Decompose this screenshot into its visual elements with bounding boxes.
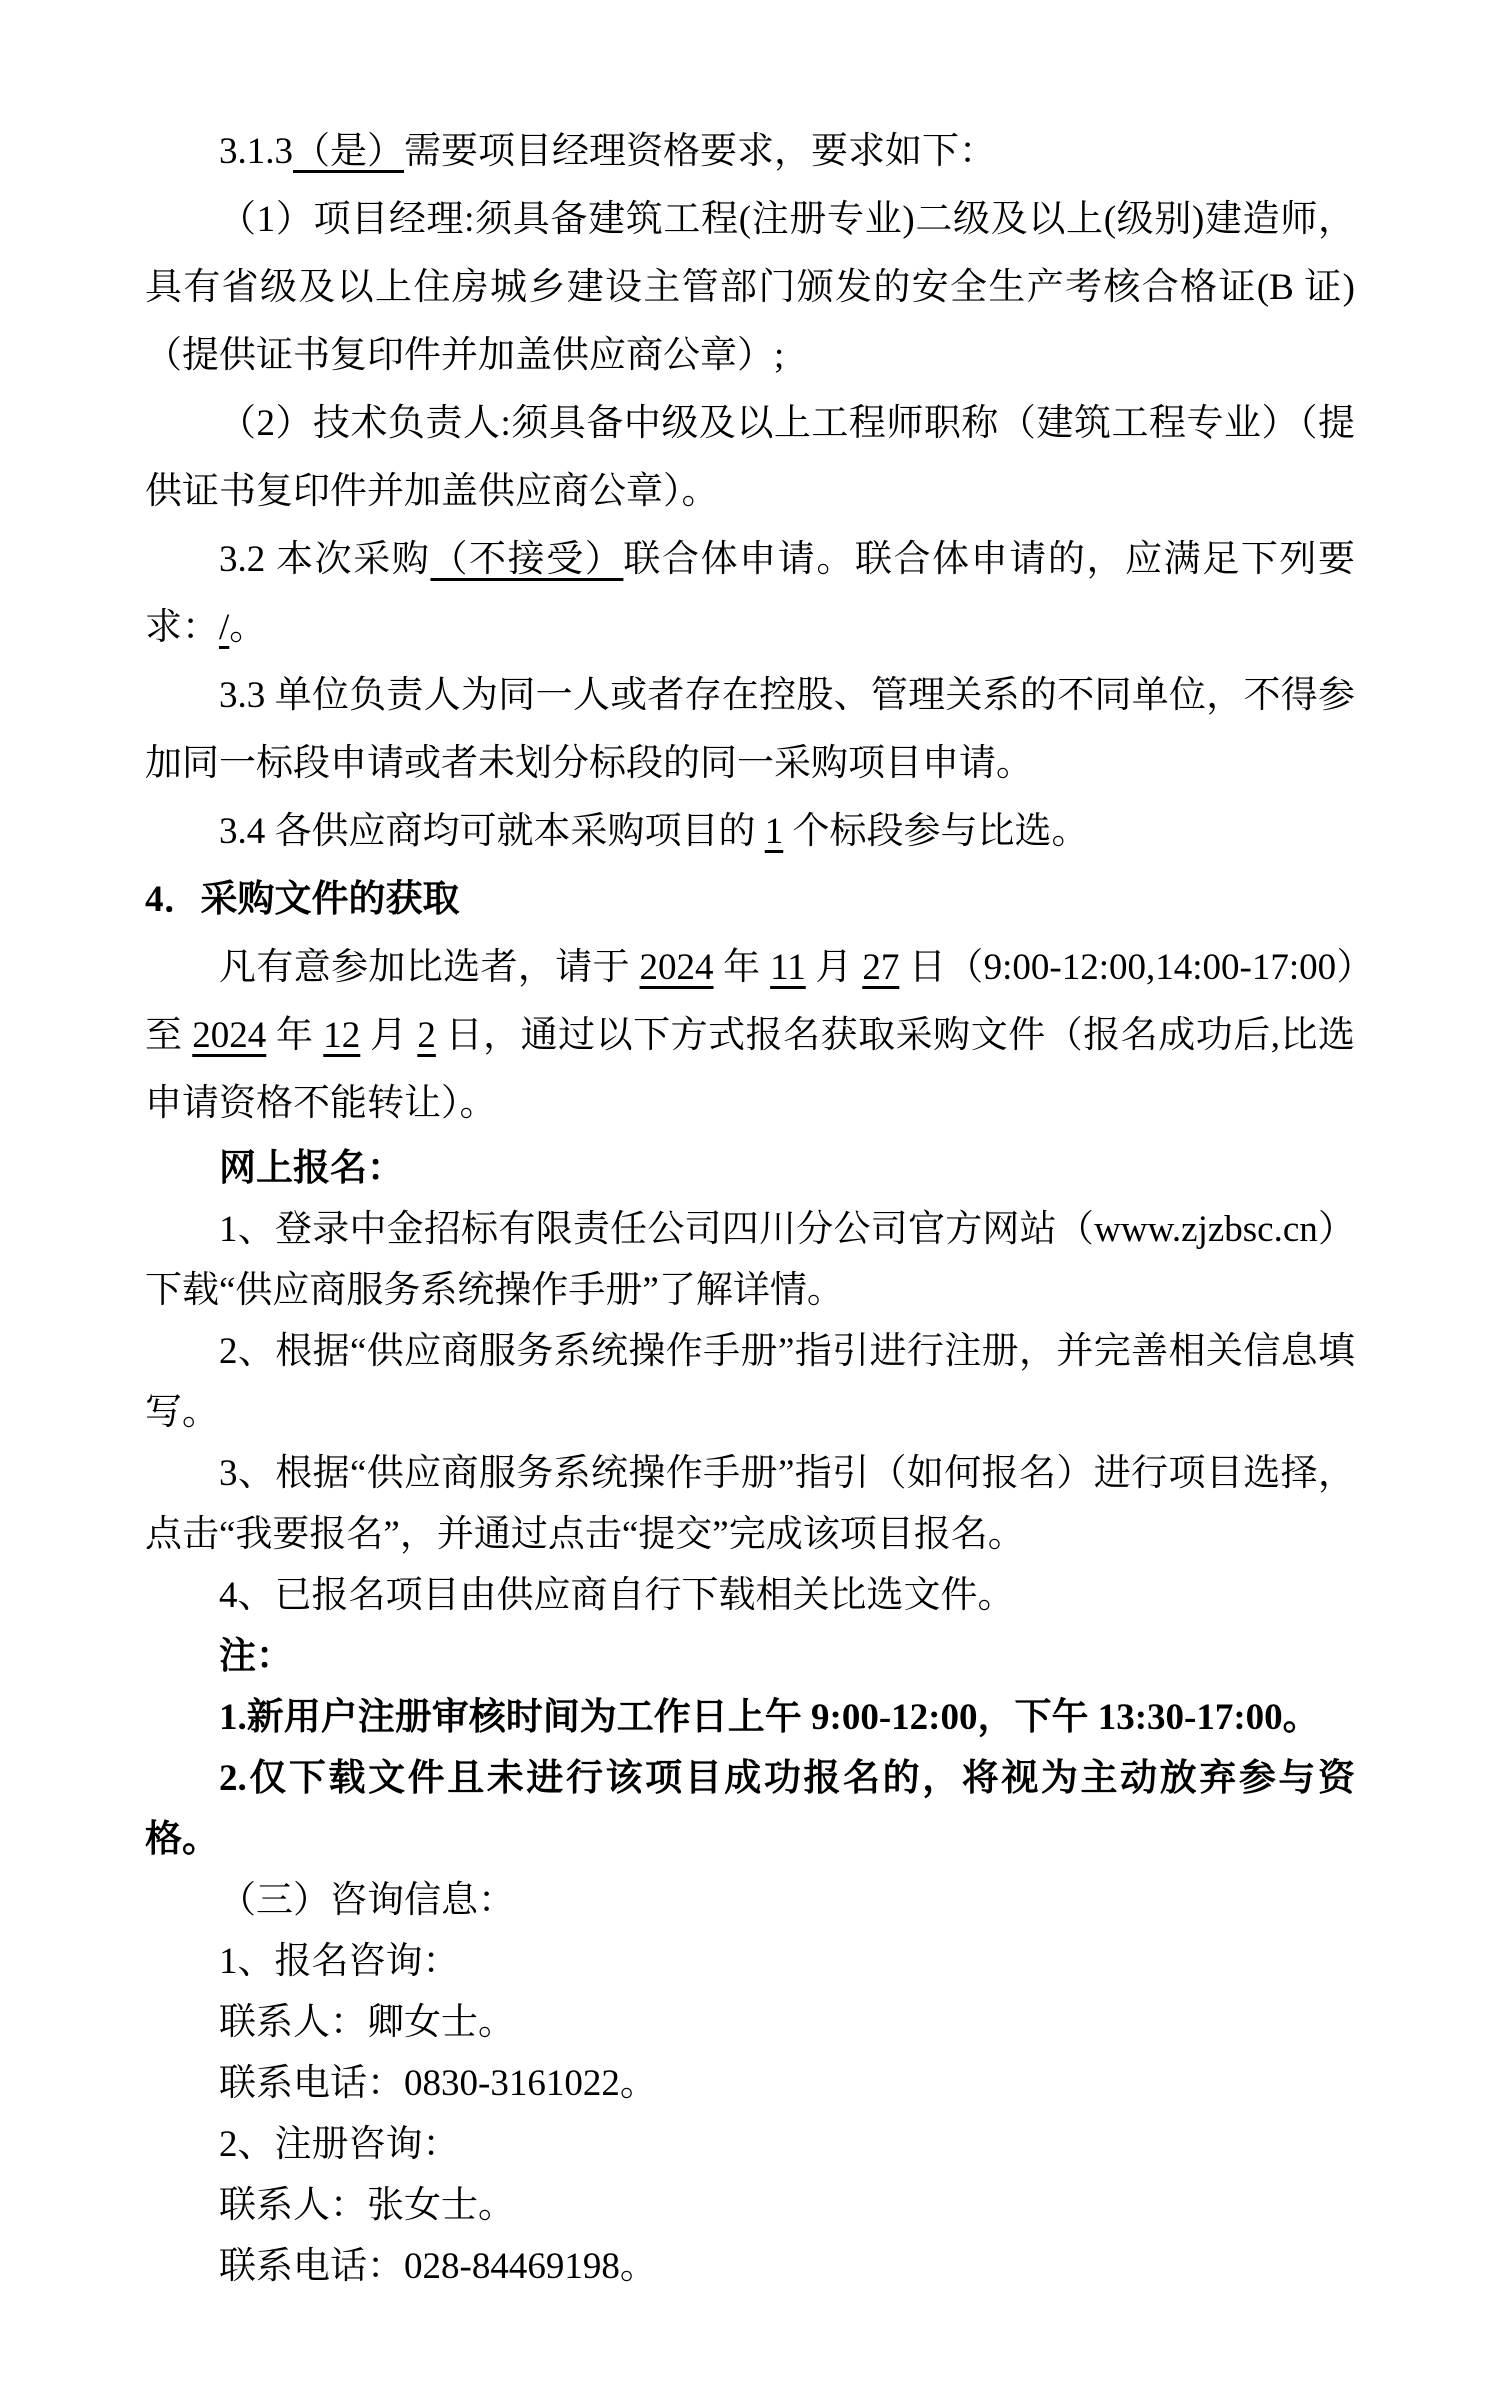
register-consult-heading: 2、注册咨询：	[145, 2114, 1355, 2175]
clause-3-1-3-item-2: （2）技术负责人:须具备中级及以上工程师职称（建筑工程专业）（提供证书复印件并加…	[145, 390, 1355, 526]
signup-step-3: 3、根据“供应商服务系统操作手册”指引（如何报名）进行项目选择，点击“我要报名”…	[145, 1443, 1355, 1565]
note-2: 2.仅下载文件且未进行该项目成功报名的，将视为主动放弃参与资格。	[145, 1748, 1355, 1870]
text-run: 联系电话：028-84469198。	[219, 2246, 657, 2287]
text-run: 月	[360, 1015, 417, 1056]
register-consult-phone: 联系电话：028-84469198。	[145, 2236, 1355, 2297]
underlined-text: 12	[323, 1015, 360, 1056]
text-run: 月	[806, 947, 863, 988]
text-run: 1.新用户注册审核时间为工作日上午 9:00-12:00，下午 13:30-17…	[219, 1697, 1320, 1738]
text-run: 2、根据“供应商服务系统操作手册”指引进行注册，并完善相关信息填写。	[145, 1331, 1355, 1433]
signup-step-2: 2、根据“供应商服务系统操作手册”指引进行注册，并完善相关信息填写。	[145, 1321, 1355, 1443]
underlined-text: 2024	[640, 947, 714, 988]
signup-step-4: 4、已报名项目由供应商自行下载相关比选文件。	[145, 1565, 1355, 1626]
text-run: 4．采购文件的获取	[145, 879, 460, 920]
text-run: （2）技术负责人:须具备中级及以上工程师职称（建筑工程专业）（提供证书复印件并加…	[145, 403, 1355, 512]
clause-4-intro: 凡有意参加比选者，请于 2024 年 11 月 27 日（9:00-12:00,…	[145, 934, 1355, 1138]
text-run: 个标段参与比选。	[783, 811, 1088, 852]
note-heading: 注：	[145, 1626, 1355, 1687]
text-run: 2.仅下载文件且未进行该项目成功报名的，将视为主动放弃参与资格。	[145, 1758, 1355, 1860]
signup-consult-heading: 1、报名咨询：	[145, 1931, 1355, 1992]
clause-3-3: 3.3 单位负责人为同一人或者存在控股、管理关系的不同单位，不得参加同一标段申请…	[145, 662, 1355, 798]
underlined-text: （是）	[293, 131, 404, 172]
text-run: 1、登录中金招标有限责任公司四川分公司官方网站（www.zjzbsc.cn）下载…	[145, 1209, 1355, 1311]
text-run: 3.3 单位负责人为同一人或者存在控股、管理关系的不同单位，不得参加同一标段申请…	[145, 675, 1355, 784]
signup-consult-contact: 联系人：卿女士。	[145, 1992, 1355, 2053]
clause-3-2: 3.2 本次采购（不接受）联合体申请。联合体申请的，应满足下列要求：/。	[145, 526, 1355, 662]
note-1: 1.新用户注册审核时间为工作日上午 9:00-12:00，下午 13:30-17…	[145, 1687, 1355, 1748]
underlined-text: /	[219, 607, 229, 648]
register-consult-contact: 联系人：张女士。	[145, 2175, 1355, 2236]
text-run: 3.4 各供应商均可就本采购项目的	[219, 811, 765, 852]
text-run: 1、报名咨询：	[219, 1941, 460, 1982]
text-run: （1）项目经理:须具备建筑工程(注册专业)二级及以上(级别)建造师，具有省级及以…	[145, 199, 1355, 376]
text-run: 年	[266, 1015, 323, 1056]
text-run: 2、注册咨询：	[219, 2124, 460, 2165]
clause-3-1-3-item-1: （1）项目经理:须具备建筑工程(注册专业)二级及以上(级别)建造师，具有省级及以…	[145, 186, 1355, 390]
signup-step-1: 1、登录中金招标有限责任公司四川分公司官方网站（www.zjzbsc.cn）下载…	[145, 1199, 1355, 1321]
text-run: （三）咨询信息：	[219, 1880, 515, 1921]
underlined-text: （不接受）	[430, 539, 623, 580]
underlined-text: 11	[770, 947, 806, 988]
text-run: 联系人：卿女士。	[219, 2002, 515, 2043]
text-run: 3.2 本次采购	[219, 539, 430, 580]
text-run: 3、根据“供应商服务系统操作手册”指引（如何报名）进行项目选择，点击“我要报名”…	[145, 1453, 1355, 1555]
text-run: 联系人：张女士。	[219, 2185, 515, 2226]
clause-3-4: 3.4 各供应商均可就本采购项目的 1 个标段参与比选。	[145, 798, 1355, 866]
online-signup-heading: 网上报名：	[145, 1138, 1355, 1199]
text-run: 凡有意参加比选者，请于	[219, 947, 640, 988]
clause-3-1-3: 3.1.3（是）需要项目经理资格要求，要求如下：	[145, 118, 1355, 186]
text-run: 注：	[219, 1636, 293, 1677]
text-run: 4、已报名项目由供应商自行下载相关比选文件。	[219, 1575, 1015, 1616]
underlined-text: 27	[862, 947, 899, 988]
underlined-text: 2	[417, 1015, 436, 1056]
text-run: 年	[714, 947, 771, 988]
text-run: 。	[229, 607, 266, 648]
document-page: 3.1.3（是）需要项目经理资格要求，要求如下： （1）项目经理:须具备建筑工程…	[0, 0, 1500, 2401]
section-4-heading: 4．采购文件的获取	[145, 866, 1355, 934]
underlined-text: 1	[765, 811, 784, 852]
text-run: 3.1.3	[219, 131, 293, 172]
text-run: 网上报名：	[219, 1148, 404, 1189]
underlined-text: 2024	[192, 1015, 266, 1056]
signup-consult-phone: 联系电话：0830-3161022。	[145, 2053, 1355, 2114]
text-run: 联系电话：0830-3161022。	[219, 2063, 657, 2104]
text-run: 需要项目经理资格要求，要求如下：	[404, 131, 996, 172]
consult-info-heading: （三）咨询信息：	[145, 1870, 1355, 1931]
